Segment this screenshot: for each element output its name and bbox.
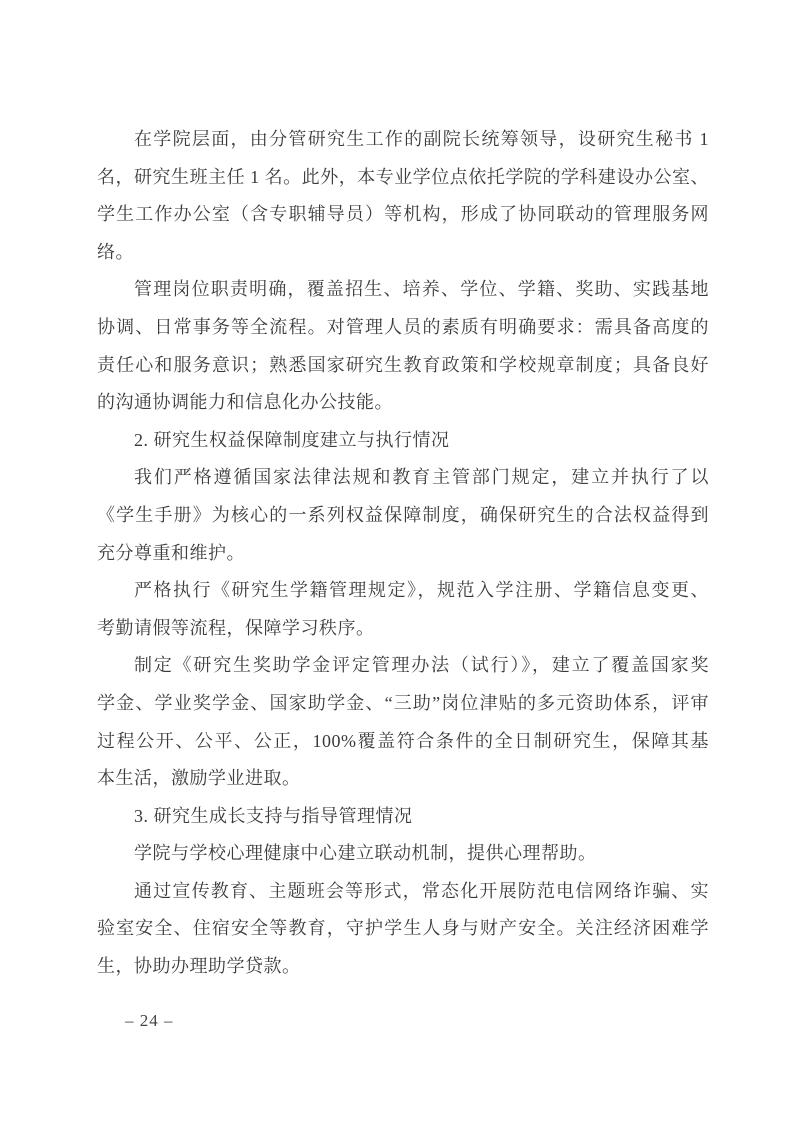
text-line: 在学院层面，由分管研究生工作的副院长统筹领导，设研究生秘书 1 [97, 121, 709, 159]
paragraph-1: 在学院层面，由分管研究生工作的副院长统筹领导，设研究生秘书 1 名，研究生班主任… [97, 121, 709, 271]
text-line: 学院与学校心理健康中心建立联动机制，提供心理帮助。 [97, 835, 709, 873]
text-line: 本生活，激励学业进取。 [97, 760, 709, 798]
paragraph-6: 学院与学校心理健康中心建立联动机制，提供心理帮助。 [97, 835, 709, 873]
text-line: 协调、日常事务等全流程。对管理人员的素质有明确要求：需具备高度的 [97, 309, 709, 347]
paragraph-4: 严格执行《研究生学籍管理规定》，规范入学注册、学籍信息变更、 考勤请假等流程，保… [97, 572, 709, 647]
text-line: 生，协助办理助学贷款。 [97, 948, 709, 986]
paragraph-3: 我们严格遵循国家法律法规和教育主管部门规定，建立并执行了以 《学生手册》为核心的… [97, 459, 709, 572]
text-line: 的沟通协调能力和信息化办公技能。 [97, 384, 709, 422]
text-line: 验室安全、住宿安全等教育，守护学生人身与财产安全。关注经济困难学 [97, 910, 709, 948]
page-footer: – 24 – [125, 1008, 174, 1034]
text-line: 过程公开、公平、公正，100%覆盖符合条件的全日制研究生，保障其基 [97, 723, 709, 761]
text-line: 考勤请假等流程，保障学习秩序。 [97, 610, 709, 648]
text-line: 《学生手册》为核心的一系列权益保障制度，确保研究生的合法权益得到 [97, 497, 709, 535]
page-number: – 24 – [125, 1011, 174, 1030]
text-line: 通过宣传教育、主题班会等形式，常态化开展防范电信网络诈骗、实 [97, 873, 709, 911]
paragraph-7: 通过宣传教育、主题班会等形式，常态化开展防范电信网络诈骗、实 验室安全、住宿安全… [97, 873, 709, 986]
text-line: 络。 [97, 234, 709, 272]
paragraph-5: 制定《研究生奖助学金评定管理办法（试行）》，建立了覆盖国家奖 学金、学业奖学金、… [97, 647, 709, 797]
text-line: 名，研究生班主任 1 名。此外，本专业学位点依托学院的学科建设办公室、 [97, 159, 709, 197]
document-body: 在学院层面，由分管研究生工作的副院长统筹领导，设研究生秘书 1 名，研究生班主任… [97, 121, 709, 986]
section-heading-3: 3. 研究生成长支持与指导管理情况 [97, 798, 709, 836]
text-line: 学金、学业奖学金、国家助学金、“三助”岗位津贴的多元资助体系，评审 [97, 685, 709, 723]
paragraph-2: 管理岗位职责明确，覆盖招生、培养、学位、学籍、奖助、实践基地 协调、日常事务等全… [97, 271, 709, 421]
heading-line: 2. 研究生权益保障制度建立与执行情况 [97, 422, 709, 460]
heading-line: 3. 研究生成长支持与指导管理情况 [97, 798, 709, 836]
text-line: 管理岗位职责明确，覆盖招生、培养、学位、学籍、奖助、实践基地 [97, 271, 709, 309]
text-line: 充分尊重和维护。 [97, 535, 709, 573]
text-line: 学生工作办公室（含专职辅导员）等机构，形成了协同联动的管理服务网 [97, 196, 709, 234]
document-page: 在学院层面，由分管研究生工作的副院长统筹领导，设研究生秘书 1 名，研究生班主任… [0, 0, 794, 1123]
text-line: 我们严格遵循国家法律法规和教育主管部门规定，建立并执行了以 [97, 459, 709, 497]
text-line: 责任心和服务意识；熟悉国家研究生教育政策和学校规章制度；具备良好 [97, 347, 709, 385]
text-line: 严格执行《研究生学籍管理规定》，规范入学注册、学籍信息变更、 [97, 572, 709, 610]
text-line: 制定《研究生奖助学金评定管理办法（试行）》，建立了覆盖国家奖 [97, 647, 709, 685]
section-heading-2: 2. 研究生权益保障制度建立与执行情况 [97, 422, 709, 460]
